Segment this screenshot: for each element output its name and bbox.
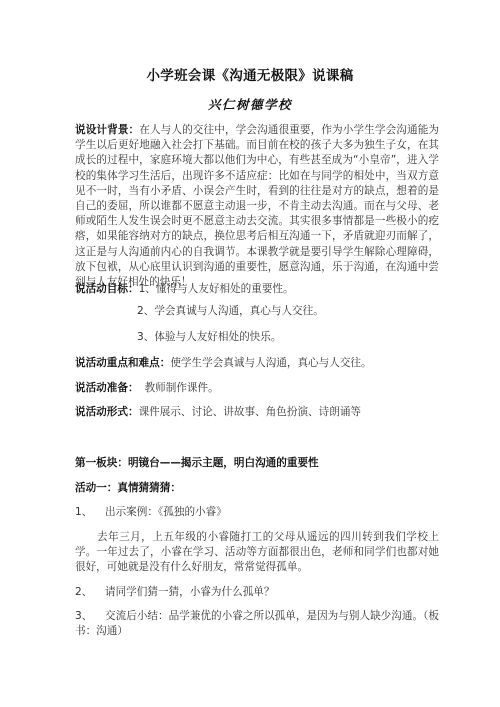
preparation-row: 说活动准备：教师制作课件。 — [75, 381, 219, 396]
step-item: 2、请同学们猜一猜，小睿为什么孤单？ — [75, 585, 275, 600]
key-points-label: 说活动重点和难点： — [75, 357, 170, 369]
background-text: 在人与人的交往中，学会沟通很重要，作为小学生学会沟通能为学生以后更好地融入社会打… — [75, 124, 439, 288]
key-points-row: 说活动重点和难点：使学生学会真诚与人沟通，真心与人交往。 — [75, 356, 372, 371]
preparation-text: 教师制作课件。 — [145, 382, 219, 394]
goal-item: 3、体验与人友好相处的快乐。 — [137, 330, 281, 345]
background-label: 说设计背景： — [75, 124, 139, 136]
goals-row: 说活动目标：1、懂得与人友好相处的重要性。 — [75, 282, 294, 297]
goal-item: 2、学会真诚与人沟通，真心与人交往。 — [137, 304, 324, 319]
section-heading: 第一板块：明镜台——揭示主题，明白沟通的重要性 — [75, 456, 319, 471]
forms-label: 说活动形式： — [75, 406, 139, 418]
activity-heading: 活动一：真情猜猜猜： — [75, 481, 181, 496]
document-page: 小学班会课《沟通无极限》说课稿 兴仁树德学校 说设计背景：在人与人的交往中，学会… — [0, 0, 500, 707]
goal-item: 1、懂得与人友好相处的重要性。 — [139, 283, 294, 295]
step-item: 3、交流后小结：品学兼优的小睿之所以孤单，是因为与别人缺少沟通。（板书：沟通） — [75, 609, 439, 639]
preparation-label: 说活动准备： — [75, 382, 139, 394]
goals-label: 说活动目标： — [75, 283, 139, 295]
key-points-text: 使学生学会真诚与人沟通，真心与人交往。 — [170, 357, 371, 369]
step-item: 1、出示案例：《孤独的小睿》 — [75, 505, 227, 520]
story-paragraph: 去年三月，上五年级的小睿随打工的父母从遥远的四川转到我们学校上学。一年过去了，小… — [75, 530, 439, 576]
document-title: 小学班会课《沟通无极限》说课稿 — [0, 64, 500, 84]
forms-row: 说活动形式：课件展示、讨论、讲故事、角色扮演、诗朗诵等 — [75, 405, 361, 420]
background-paragraph: 说设计背景：在人与人的交往中，学会沟通很重要，作为小学生学会沟通能为学生以后更好… — [75, 123, 439, 290]
school-name: 兴仁树德学校 — [0, 95, 500, 113]
forms-text: 课件展示、讨论、讲故事、角色扮演、诗朗诵等 — [139, 406, 361, 418]
